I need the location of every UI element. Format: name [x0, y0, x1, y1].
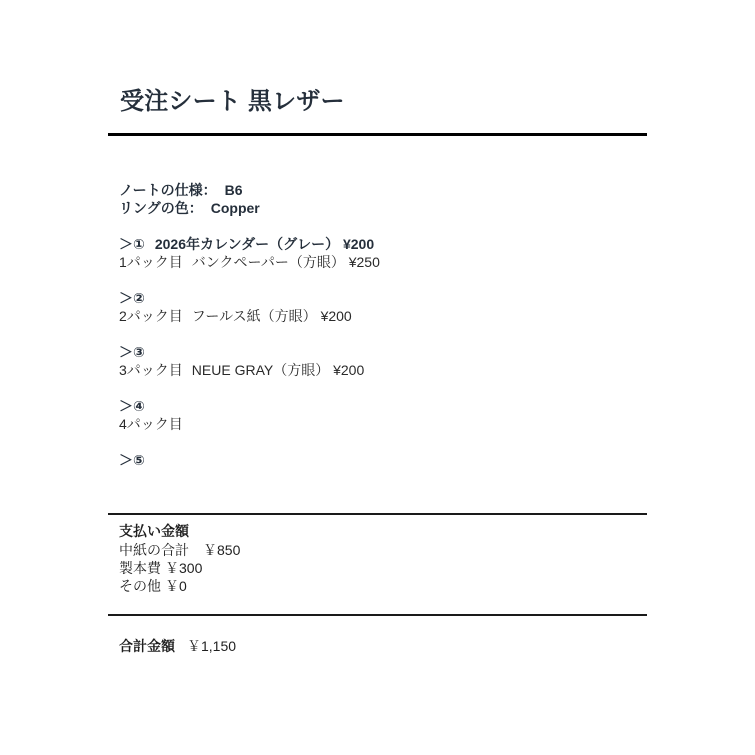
section-2-header: ＞② [119, 289, 145, 307]
payment-label: その他 [119, 578, 161, 594]
section-marker: ＞② [119, 290, 145, 306]
section-4-header: ＞④ [119, 397, 145, 415]
section-marker: ＞⑤ [119, 452, 145, 468]
section-2-pack: 2パック目フールス紙（方眼） ¥200 [119, 307, 352, 325]
payment-value: ￥850 [203, 542, 240, 558]
payment-value: ￥300 [165, 560, 202, 576]
payment-value: ￥0 [165, 578, 187, 594]
payment-label: 中紙の合計 [119, 542, 189, 558]
pack-label: 2パック目 [119, 308, 183, 324]
section-marker: ＞③ [119, 344, 145, 360]
pack-item: NEUE GRAY（方眼） ¥200 [192, 362, 364, 378]
title-divider [108, 133, 647, 136]
pack-item: フールス紙（方眼） ¥200 [192, 308, 352, 324]
ring-color-label: リングの色： [119, 200, 203, 216]
payment-heading: 支払い金額 [119, 522, 189, 540]
total-row: 合計金額￥1,150 [119, 637, 236, 655]
pack-label: 1パック目 [119, 254, 183, 270]
payment-row-binding: 製本費￥300 [119, 559, 202, 577]
pack-item: バンクペーパー（方眼） ¥250 [192, 254, 380, 270]
total-label: 合計金額 [119, 638, 175, 654]
total-value: ￥1,150 [187, 638, 236, 654]
payment-label: 製本費 [119, 560, 161, 576]
section-heading: 2026年カレンダー（グレー） ¥200 [155, 236, 374, 252]
payment-divider [108, 513, 647, 515]
section-1-pack: 1パック目バンクペーパー（方眼） ¥250 [119, 253, 380, 271]
note-spec-row: ノートの仕様：B6 [119, 181, 243, 199]
section-1-header: ＞①2026年カレンダー（グレー） ¥200 [119, 235, 374, 253]
note-spec-label: ノートの仕様： [119, 182, 217, 198]
section-3-header: ＞③ [119, 343, 145, 361]
section-4-pack: 4パック目 [119, 415, 183, 433]
section-marker: ＞④ [119, 398, 145, 414]
page-title: 受注シート 黒レザー [120, 86, 345, 118]
pack-label: 3パック目 [119, 362, 183, 378]
total-divider [108, 614, 647, 616]
ring-color-value: Copper [211, 200, 260, 216]
section-5-header: ＞⑤ [119, 451, 145, 469]
pack-label: 4パック目 [119, 416, 183, 432]
payment-row-paper-total: 中紙の合計￥850 [119, 541, 240, 559]
section-3-pack: 3パック目NEUE GRAY（方眼） ¥200 [119, 361, 364, 379]
note-spec-value: B6 [225, 182, 243, 198]
payment-row-other: その他￥0 [119, 577, 187, 595]
ring-color-row: リングの色：Copper [119, 199, 260, 217]
section-marker: ＞① [119, 236, 145, 252]
